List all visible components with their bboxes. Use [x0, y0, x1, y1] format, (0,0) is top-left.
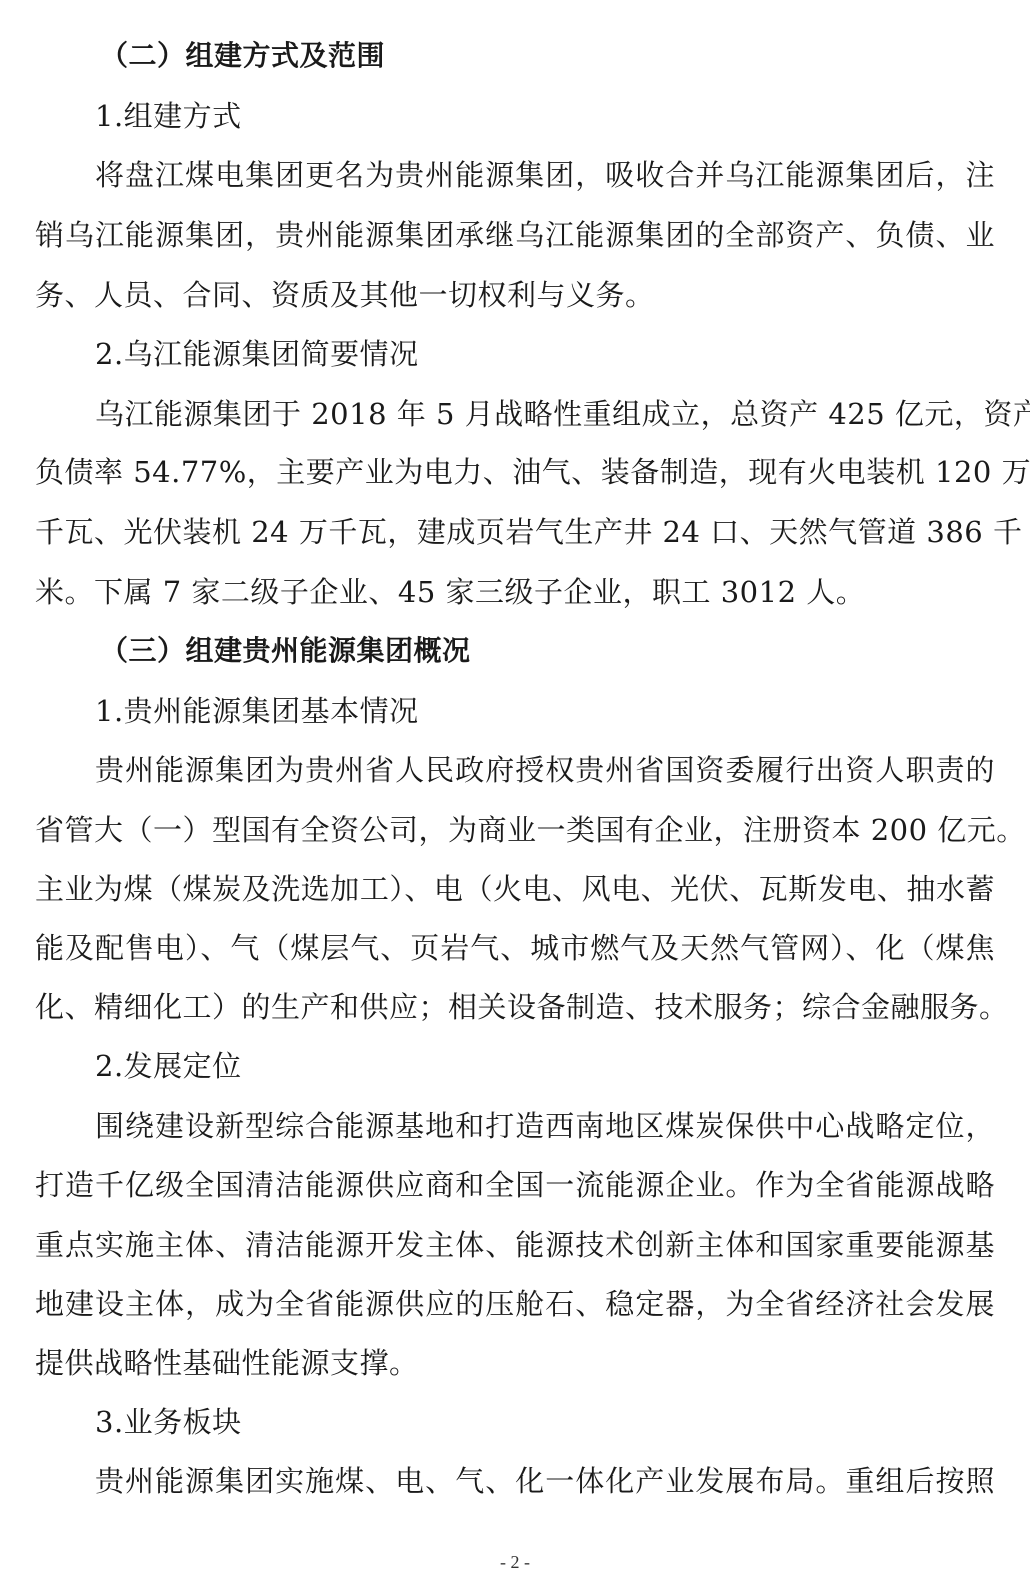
section-heading-2: （二）组建方式及范围: [100, 36, 1030, 76]
paragraph-line: 乌江能源集团于 2018 年 5 月战略性重组成立，总资产 425 亿元，资产: [95, 394, 995, 434]
paragraph-line: 负债率 54.77%，主要产业为电力、油气、装备制造，现有火电装机 120 万: [35, 452, 995, 492]
paragraph-line: 务、人员、合同、资质及其他一切权利与义务。: [35, 275, 995, 315]
paragraph-line: 千瓦、光伏装机 24 万千瓦，建成页岩气生产井 24 口、天然气管道 386 千: [35, 512, 995, 552]
section-heading-3: （三）组建贵州能源集团概况: [100, 631, 1030, 671]
subheading-basic-info: 1.贵州能源集团基本情况: [95, 691, 1030, 731]
subheading-positioning: 2.发展定位: [95, 1046, 1030, 1086]
page-number: - 2 -: [0, 1552, 1030, 1573]
paragraph-line: 将盘江煤电集团更名为贵州能源集团，吸收合并乌江能源集团后，注: [95, 155, 995, 195]
paragraph-line: 地建设主体，成为全省能源供应的压舱石、稳定器，为全省经济社会发展: [35, 1284, 995, 1324]
paragraph-line: 围绕建设新型综合能源基地和打造西南地区煤炭保供中心战略定位，: [95, 1106, 995, 1146]
paragraph-line: 省管大（一）型国有全资公司，为商业一类国有企业，注册资本 200 亿元。: [35, 810, 995, 850]
paragraph-line: 化、精细化工）的生产和供应；相关设备制造、技术服务；综合金融服务。: [35, 987, 995, 1027]
subheading-formation-method: 1.组建方式: [95, 96, 1030, 136]
paragraph-line: 提供战略性基础性能源支撑。: [35, 1343, 995, 1383]
paragraph-line: 能及配售电）、气（煤层气、页岩气、城市燃气及天然气管网）、化（煤焦: [35, 928, 995, 968]
subheading-business-segments: 3.业务板块: [95, 1402, 1030, 1442]
subheading-wujiang-overview: 2.乌江能源集团简要情况: [95, 334, 1030, 374]
paragraph-line: 米。下属 7 家二级子企业、45 家三级子企业，职工 3012 人。: [35, 572, 995, 612]
paragraph-line: 贵州能源集团实施煤、电、气、化一体化产业发展布局。重组后按照: [95, 1461, 995, 1501]
paragraph-line: 打造千亿级全国清洁能源供应商和全国一流能源企业。作为全省能源战略: [35, 1165, 995, 1205]
paragraph-line: 重点实施主体、清洁能源开发主体、能源技术创新主体和国家重要能源基: [35, 1225, 995, 1265]
paragraph-line: 主业为煤（煤炭及洗选加工）、电（火电、风电、光伏、瓦斯发电、抽水蓄: [35, 869, 995, 909]
paragraph-line: 销乌江能源集团，贵州能源集团承继乌江能源集团的全部资产、负债、业: [35, 215, 995, 255]
paragraph-line: 贵州能源集团为贵州省人民政府授权贵州省国资委履行出资人职责的: [95, 750, 995, 790]
